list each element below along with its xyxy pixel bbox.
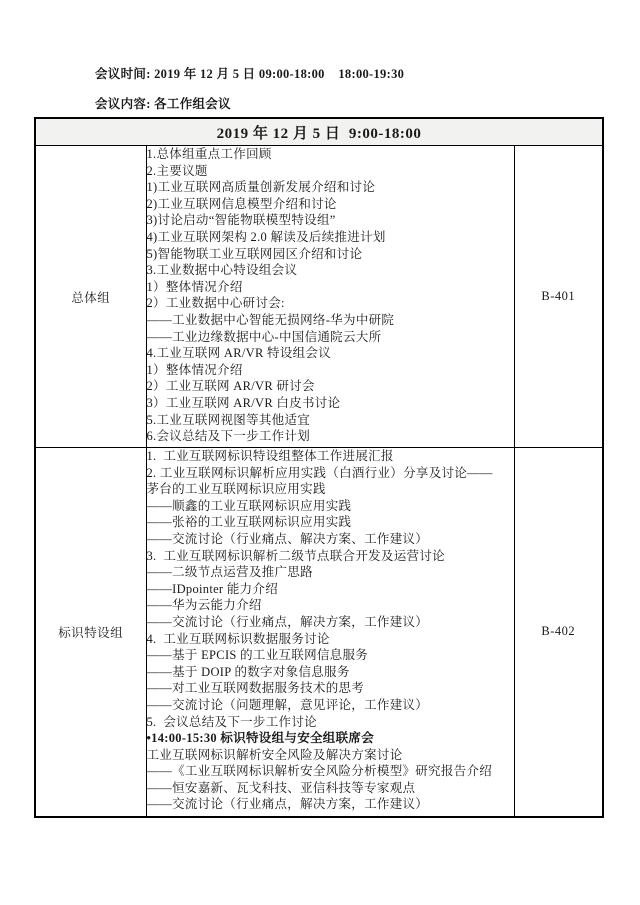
agenda-line: ——基于 DOIP 的数字对象信息服务 [147,664,514,681]
agenda-line: ——交流讨论（行业痛点，解决方案，工作建议） [147,796,514,813]
agenda-line: 工业互联网标识解析安全风险及解决方案讨论 [147,747,514,764]
group-name-cell: 总体组 [35,146,146,448]
agenda-line: ——《工业互联网标识解析安全风险分析模型》研究报告介绍 [147,763,514,780]
agenda-line: ——顺鑫的工业互联网标识应用实践 [147,498,514,515]
agenda-line: ——交流讨论（问题理解，意见评论，工作建议） [147,697,514,714]
agenda-line: 5. 会议总结及下一步工作讨论 [147,714,514,731]
agenda-line: 2.主要议题 [147,163,514,180]
meeting-content-value: 各工作组会议 [151,97,231,111]
meeting-content-label: 会议内容: [95,97,151,111]
agenda-line: ——工业数据中心智能无损网络-华为中研院 [147,312,514,329]
agenda-line: ——华为云能力介绍 [147,597,514,614]
agenda-line: ——工业边缘数据中心-中国信通院云大所 [147,329,514,346]
room-number-cell: B-402 [514,448,603,817]
agenda-line: ——交流讨论（行业痛点、解决方案、工作建议） [147,531,514,548]
agenda-line: •14:00-15:30 标识特设组与安全组联席会 [147,730,514,747]
table-date-header: 2019 年 12 月 5 日 9:00-18:00 [35,118,603,146]
agenda-line: ——IDpointer 能力介绍 [147,581,514,598]
meeting-time-value: 2019 年 12 月 5 日 09:00-18:00 18:00-19:30 [151,67,405,81]
agenda-line: 1)工业互联网高质量创新发展介绍和讨论 [147,179,514,196]
meeting-content-line: 会议内容: 各工作组会议 [95,94,231,112]
agenda-line: 1.总体组重点工作回顾 [147,146,514,163]
agenda-line: 5)智能物联工业互联网园区介绍和讨论 [147,246,514,263]
agenda-lines: 1.总体组重点工作回顾2.主要议题1)工业互联网高质量创新发展介绍和讨论2)工业… [147,146,514,445]
table-header-row: 2019 年 12 月 5 日 9:00-18:00 [35,118,603,146]
agenda-line: 1）整体情况介绍 [147,362,514,379]
agenda-line: ——张裕的工业互联网标识应用实践 [147,514,514,531]
agenda-content-cell: 1.总体组重点工作回顾2.主要议题1)工业互联网高质量创新发展介绍和讨论2)工业… [146,146,514,448]
agenda-line: 5.工业互联网视图等其他适宜 [147,412,514,429]
agenda-line: 3）工业互联网 AR/VR 白皮书讨论 [147,395,514,412]
agenda-line: 4. 工业互联网标识数据服务讨论 [147,631,514,648]
agenda-content-cell: 1. 工业互联网标识特设组整体工作进展汇报2. 工业互联网标识解析应用实践（白酒… [146,448,514,817]
group-name-cell: 标识特设组 [35,448,146,817]
room-number-cell: B-401 [514,146,603,448]
agenda-line: 2）工业数据中心研讨会: [147,295,514,312]
agenda-line: 1. 工业互联网标识特设组整体工作进展汇报 [147,448,514,465]
agenda-line: 1）整体情况介绍 [147,279,514,296]
table-row: 标识特设组 1. 工业互联网标识特设组整体工作进展汇报2. 工业互联网标识解析应… [35,448,603,817]
agenda-line: ——二级节点运营及推广思路 [147,564,514,581]
agenda-line: ——交流讨论（行业痛点，解决方案，工作建议） [147,614,514,631]
agenda-table: 2019 年 12 月 5 日 9:00-18:00 总体组 1.总体组重点工作… [34,117,604,818]
agenda-line: ——对工业互联网数据服务技术的思考 [147,680,514,697]
agenda-line: 3.工业数据中心特设组会议 [147,262,514,279]
agenda-line: 4)工业互联网架构 2.0 解读及后续推进计划 [147,229,514,246]
agenda-line: ——恒安嘉新、瓦戈科技、亚信科技等专家观点 [147,780,514,797]
agenda-line: 3)讨论启动“智能物联模型特设组” [147,212,514,229]
document-page: 会议时间: 2019 年 12 月 5 日 09:00-18:00 18:00-… [0,0,640,905]
meeting-time-label: 会议时间: [95,67,151,81]
agenda-line: 2)工业互联网信息模型介绍和讨论 [147,196,514,213]
table-row: 总体组 1.总体组重点工作回顾2.主要议题1)工业互联网高质量创新发展介绍和讨论… [35,146,603,448]
agenda-lines: 1. 工业互联网标识特设组整体工作进展汇报2. 工业互联网标识解析应用实践（白酒… [147,448,514,813]
agenda-line: 茅台的工业互联网标识应用实践 [147,481,514,498]
agenda-line: ——基于 EPCIS 的工业互联网信息服务 [147,647,514,664]
meeting-time-line: 会议时间: 2019 年 12 月 5 日 09:00-18:00 18:00-… [95,64,404,82]
agenda-line: 2. 工业互联网标识解析应用实践（白酒行业）分享及讨论—— [147,465,514,482]
agenda-line: 3. 工业互联网标识解析二级节点联合开发及运营讨论 [147,548,514,565]
agenda-line: 6.会议总结及下一步工作计划 [147,428,514,445]
agenda-line: 2）工业互联网 AR/VR 研讨会 [147,378,514,395]
agenda-line: 4.工业互联网 AR/VR 特设组会议 [147,345,514,362]
